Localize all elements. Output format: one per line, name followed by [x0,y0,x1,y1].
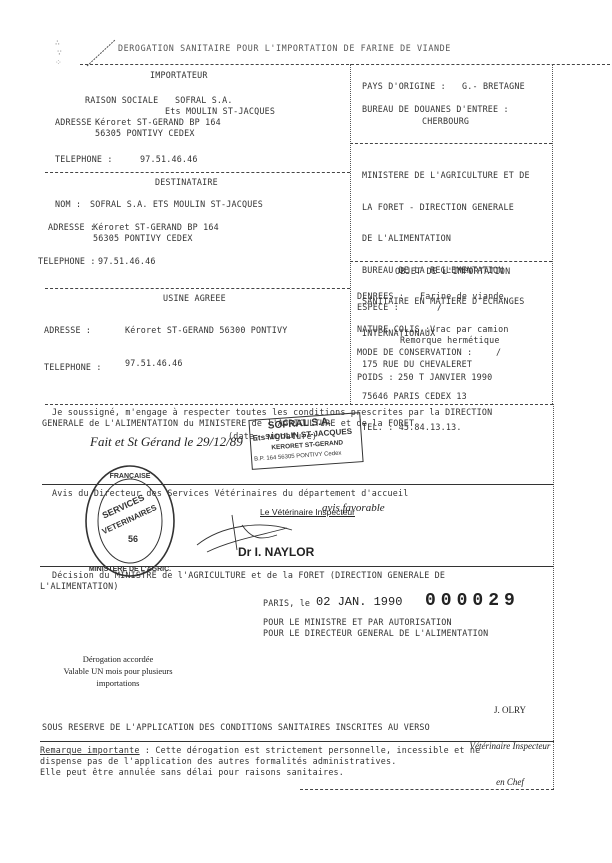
raison-sociale-label: RAISON SOCIALE [85,95,158,105]
destinataire-telephone-value: 97.51.46.46 [98,256,156,266]
importateur-telephone-value: 97.51.46.46 [140,154,198,164]
document-title: DEROGATION SANITAIRE POUR L'IMPORTATION … [118,43,451,53]
usine-telephone-label: TELEPHONE : [44,362,102,372]
decision-date: 02 JAN. 1990 [316,595,402,609]
destinataire-nom-value: SOFRAL S.A. ETS MOULIN ST-JACQUES [90,199,263,209]
top-border [80,64,610,65]
importateur-telephone-label: TELEPHONE : [55,154,113,164]
bureau-douanes-label: BUREAU DE DOUANES D'ENTREE : [362,104,509,114]
remarque-line2: dispense pas de l'application des autres… [40,756,396,766]
poids-value: 250 T JANVIER 1990 [398,372,492,382]
raison-sociale-value: SOFRAL S.A. [175,95,233,105]
nature-colis-line2: Remorque hermétique [400,335,500,345]
derogation-note: Dérogation accordée Valable UN mois pour… [58,653,178,689]
destinataire-top-border [45,172,350,173]
pays-origine-label: PAYS D'ORIGINE : [362,81,446,91]
pour-ministre: POUR LE MINISTRE ET PAR AUTORISATION [263,617,452,627]
derogation-line: importations [58,677,178,689]
remarque-label: Remarque importante [40,745,140,755]
espece-value: / [437,302,442,312]
decision-line2: L'ALIMENTATION) [40,581,119,591]
importateur-adresse-label: ADRESSE [55,117,92,127]
svg-text:⁘: ⁘ [55,58,62,67]
usine-top-border [45,288,350,289]
usine-telephone-value: 97.51.46.46 [125,358,183,368]
destinataire-adresse-line2: 56305 PONTIVY CEDEX [93,233,193,243]
svg-text:∵: ∵ [57,48,62,57]
destinataire-nom-label: NOM : [55,199,81,209]
handwritten-date: Fait et St Gérand le 29/12/89 [90,434,243,450]
mode-conservation-value: / [496,347,501,357]
reserve-line: SOUS RESERVE DE L'APPLICATION DES CONDIT… [42,722,430,732]
signataire-block: J. OLRY Vétérinaire Inspecteur en Chef [460,680,560,800]
ministere-box-bottom [350,261,552,262]
signature-naylor [192,510,302,555]
nature-colis-value: Vrac par camion [430,324,509,334]
mode-conservation-label: MODE DE CONSERVATION : [357,347,472,357]
signataire-name: J. OLRY [460,704,560,716]
ministere-line: 175 RUE DU CHEVALERET [362,359,530,370]
company-stamp: SOFRAL S.A. Ets MOULIN ST-JACQUES KERORE… [248,412,363,470]
seal-inner-line: 56 [128,534,138,544]
usine-heading: USINE AGREEE [163,293,226,303]
destinataire-adresse-label: ADRESSE : [48,222,95,232]
poids-label: POIDS : [357,372,394,382]
ministere-line: DE L'ALIMENTATION [362,233,530,244]
raison-sociale-line2: Ets MOULIN ST-JACQUES [165,106,275,116]
column-divider [350,64,351,404]
destinataire-telephone-label: TELEPHONE : [38,256,96,266]
margin-speckle-mark: ∴∵⁘ [55,35,73,70]
engagement-line1: Je soussigné, m'engage à respecter toute… [52,407,492,417]
importateur-heading: IMPORTATEUR [150,70,208,80]
importateur-adresse-line1: Kéroret ST-GERAND BP 164 [95,117,221,127]
decision-line1: Décision du MINISTRE de l'AGRICULTURE et… [52,570,445,580]
destinataire-adresse-line1: Kéroret ST-GERAND BP 164 [93,222,219,232]
nature-colis-label: NATURE COLIS : [357,324,430,334]
stamp-line: B.P. 164 56305 PONTIVY Cedex [254,451,342,463]
ministere-line: LA FORET - DIRECTION GENERALE [362,202,530,213]
place-date-label: PARIS, le [263,598,310,608]
derogation-line: Dérogation accordée [58,653,178,665]
decision-number: 000029 [425,591,520,611]
usine-adresse-label: ADRESSE : [44,325,91,335]
destinataire-heading: DESTINATAIRE [155,177,218,187]
pays-origine-value: G.- BRETAGNE [462,81,525,91]
ministere-line: MINISTERE DE L'AGRICULTURE ET DE [362,170,530,181]
svg-text:∴: ∴ [55,38,60,47]
bureau-douanes-value: CHERBOURG [422,116,469,126]
ministere-line: 75646 PARIS CEDEX 13 [362,391,530,402]
official-seal: FRANÇAISE MINISTERE DE L'AGRIC. SERVICES… [83,462,178,580]
decision-top-border [40,566,554,567]
signataire-title: en Chef [460,776,560,788]
denrees-value: Farine de viande [420,291,504,301]
bottom-border [300,789,554,790]
pour-directeur: POUR LE DIRECTEUR GENERAL DE L'ALIMENTAT… [263,628,488,638]
objet-heading: OBJET DE L'IMPORTATION [395,266,510,276]
usine-adresse-value: Kéroret ST-GERAND 56300 PONTIVY [125,325,288,335]
engagement-top-border [45,404,553,405]
right-column-border [552,64,553,404]
remarque-top-border [40,741,554,742]
denrees-label: DENREES : [357,291,404,301]
origine-box-bottom [350,143,552,144]
stamp-line: KERORET ST-GERAND [271,439,343,451]
espece-label: ESPECE : [357,302,399,312]
importateur-adresse-line2: 56305 PONTIVY CEDEX [95,128,195,138]
derogation-line: Valable UN mois pour plusieurs [58,665,178,677]
remarque-line1: Remarque importante : Cette dérogation e… [40,745,480,755]
svg-text:FRANÇAISE: FRANÇAISE [110,473,151,480]
remarque-text: : Cette dérogation est strictement perso… [140,745,481,755]
remarque-line3: Elle peut être annulée sans délai pour r… [40,767,344,777]
